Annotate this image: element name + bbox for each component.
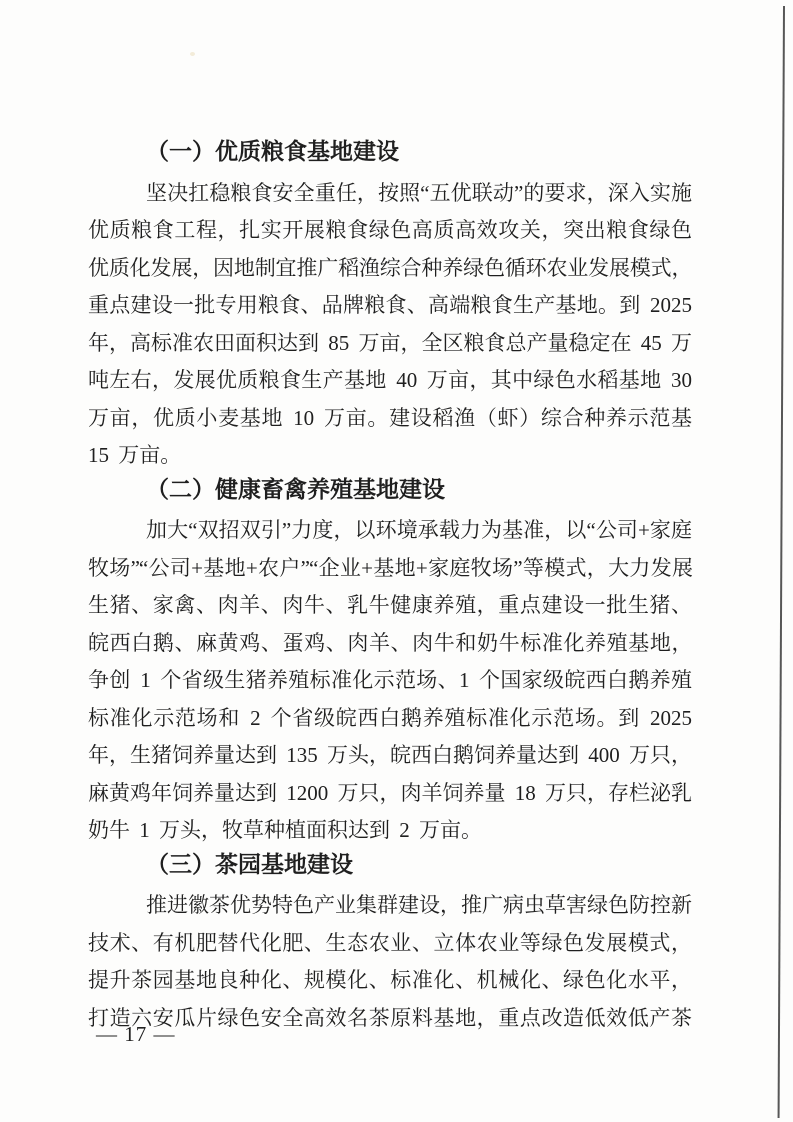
paragraph-line: 麻黄鸡年饲养量达到 1200 万只，肉羊饲养量 18 万只，存栏泌乳 xyxy=(88,775,692,813)
paragraph-line: 争创 1 个省级生猪养殖标准化示范场、1 个国家级皖西白鹅养殖 xyxy=(88,662,692,700)
paragraph-line: 奶牛 1 万头，牧草种植面积达到 2 万亩。 xyxy=(88,812,692,850)
section-heading-1: （一）优质粮食基地建设 xyxy=(88,133,692,171)
paragraph-line: 坚决扛稳粮食安全重任，按照“五优联动”的要求，深入实施 xyxy=(88,175,692,213)
paragraph-line: 皖西白鹅、麻黄鸡、蛋鸡、肉羊、肉牛和奶牛标准化养殖基地， xyxy=(88,625,692,663)
paragraph-line: 牧场”“公司+基地+农户”“企业+基地+家庭牧场”等模式，大力发展 xyxy=(88,550,692,588)
paragraph-line: 技术、有机肥替代化肥、生态农业、立体农业等绿色发展模式， xyxy=(88,925,692,963)
paragraph-line: 打造六安瓜片绿色安全高效名茶原料基地，重点改造低效低产茶 xyxy=(88,1000,692,1038)
paragraph-line: 推进徽茶优势特色产业集群建设，推广病虫草害绿色防控新 xyxy=(88,887,692,925)
paragraph-line: 15 万亩。 xyxy=(88,437,692,475)
paragraph-line: 年，生猪饲养量达到 135 万头，皖西白鹅饲养量达到 400 万只， xyxy=(88,737,692,775)
scan-edge-artifact xyxy=(778,6,785,1118)
paragraph-line: 标准化示范场和 2 个省级皖西白鹅养殖标准化示范场。到 2025 xyxy=(88,700,692,738)
document-body: （一）优质粮食基地建设 坚决扛稳粮食安全重任，按照“五优联动”的要求，深入实施 … xyxy=(88,137,692,1037)
paragraph-line: 吨左右，发展优质粮食生产基地 40 万亩，其中绿色水稻基地 30 xyxy=(88,362,692,400)
paragraph-line: 重点建设一批专用粮食、品牌粮食、高端粮食生产基地。到 2025 xyxy=(88,287,692,325)
paragraph-line: 提升茶园基地良种化、规模化、标准化、机械化、绿色化水平， xyxy=(88,962,692,1000)
paragraph-line: 加大“双招双引”力度，以环境承载力为基准，以“公司+家庭 xyxy=(88,512,692,550)
section-heading-2: （二）健康畜禽养殖基地建设 xyxy=(88,471,692,509)
paragraph-line: 优质粮食工程，扎实开展粮食绿色高质高效攻关，突出粮食绿色 xyxy=(88,212,692,250)
paragraph-line: 优质化发展，因地制宜推广稻渔综合种养绿色循环农业发展模式， xyxy=(88,250,692,288)
paragraph-line: 万亩，优质小麦基地 10 万亩。建设稻渔（虾）综合种养示范基地 xyxy=(88,400,692,438)
scan-speck-artifact xyxy=(190,52,195,56)
section-heading-3: （三）茶园基地建设 xyxy=(88,846,692,884)
paragraph-line: 生猪、家禽、肉羊、肉牛、乳牛健康养殖，重点建设一批生猪、 xyxy=(88,587,692,625)
paragraph-line: 年，高标准农田面积达到 85 万亩，全区粮食总产量稳定在 45 万 xyxy=(88,325,692,363)
page-number: — 17 — xyxy=(96,1022,176,1046)
document-page: （一）优质粮食基地建设 坚决扛稳粮食安全重任，按照“五优联动”的要求，深入实施 … xyxy=(0,0,793,1122)
